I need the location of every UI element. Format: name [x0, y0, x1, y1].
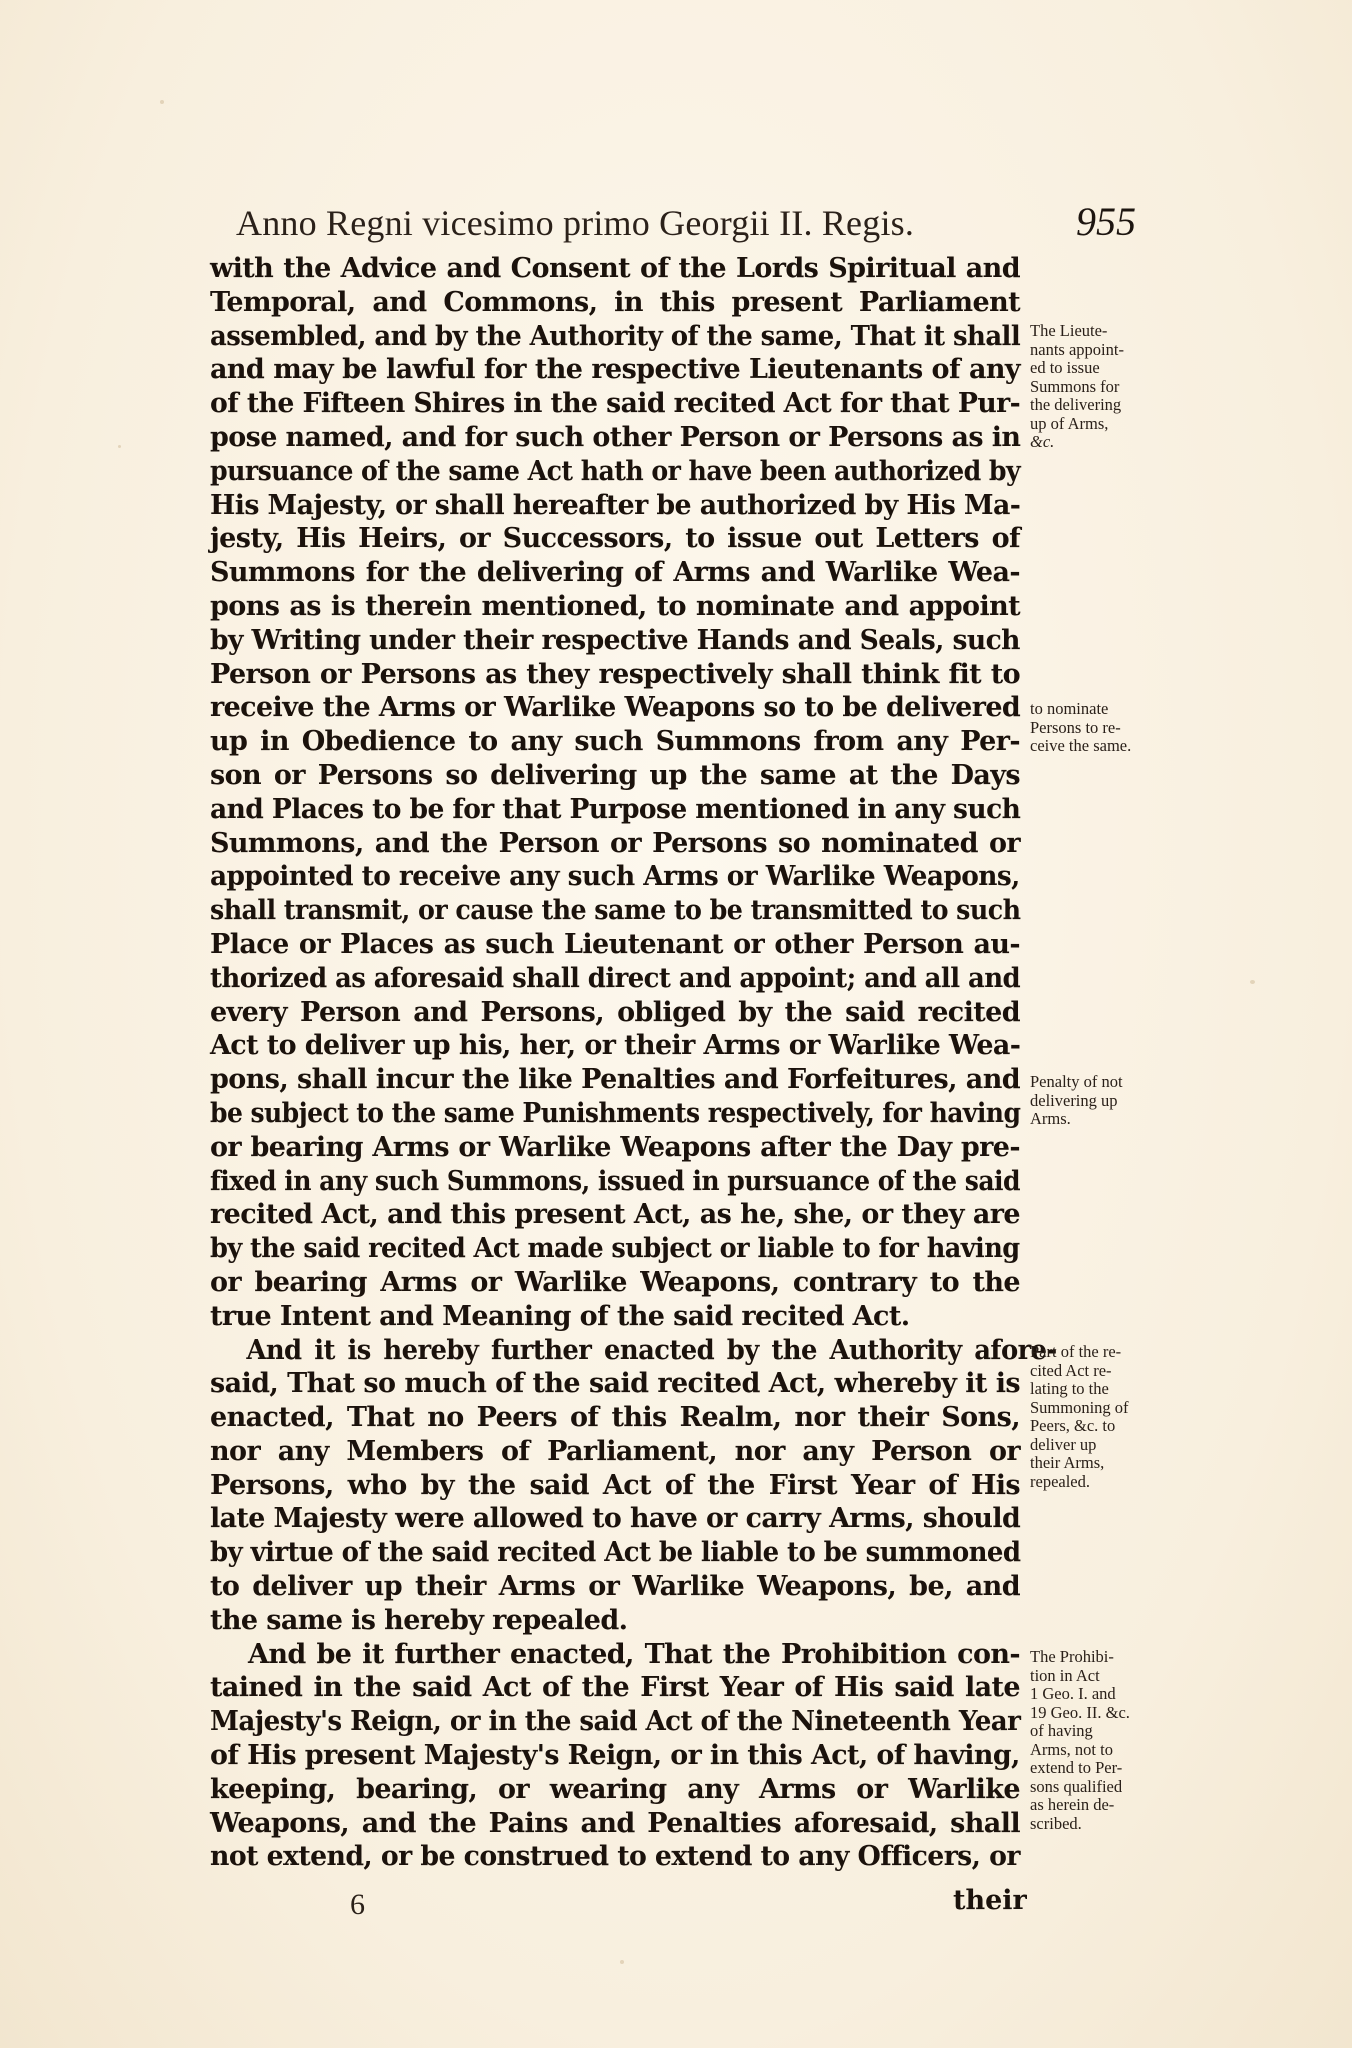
text-line: pose named, and for such other Person or…	[210, 421, 1020, 455]
text-line: Persons, who by the said Act of the Firs…	[210, 1469, 1020, 1503]
text-line: recited Act, and this present Act, as he…	[210, 1198, 1020, 1232]
paper-speck	[1250, 980, 1255, 984]
text-line: jesty, His Heirs, or Successors, to issu…	[210, 522, 1020, 556]
text-line: by Writing under their respective Hands …	[210, 624, 1020, 658]
text-line: be subject to the same Punishments respe…	[210, 1097, 1020, 1131]
text-line: true Intent and Meaning of the said reci…	[210, 1300, 1020, 1334]
text-line: by the said recited Act made subject or …	[210, 1232, 1020, 1266]
document-page: Anno Regni vicesimo primo Georgii II. Re…	[0, 0, 1352, 2048]
text-line: every Person and Persons, obliged by the…	[210, 996, 1020, 1030]
text-line: shall transmit, or cause the same to be …	[210, 894, 1020, 928]
text-line: Person or Persons as they respectively s…	[210, 658, 1020, 692]
text-line: Weapons, and the Pains and Penalties afo…	[210, 1807, 1020, 1841]
text-line: and Places to be for that Purpose mentio…	[210, 793, 1020, 827]
text-line: up in Obedience to any such Summons from…	[210, 725, 1020, 759]
text-line: by virtue of the said recited Act be lia…	[210, 1536, 1020, 1570]
body-text: with the Advice and Consent of the Lords…	[210, 252, 1020, 1874]
running-title: Anno Regni vicesimo primo Georgii II. Re…	[236, 202, 914, 244]
text-line: pursuance of the same Act hath or have b…	[210, 455, 1020, 489]
text-line: enacted, That no Peers of this Realm, no…	[210, 1401, 1020, 1435]
text-line: His Majesty, or shall hereafter be autho…	[210, 489, 1020, 523]
text-line: assembled, and by the Authority of the s…	[210, 320, 1020, 354]
text-line: fixed in any such Summons, issued in pur…	[210, 1165, 1020, 1199]
text-line: tained in the said Act of the First Year…	[210, 1671, 1020, 1705]
text-line: pons, shall incur the like Penalties and…	[210, 1063, 1020, 1097]
margin-note-penalty: Penalty of not delivering up Arms.	[1030, 1073, 1170, 1129]
paper-speck	[160, 100, 164, 104]
running-header: Anno Regni vicesimo primo Georgii II. Re…	[236, 198, 1146, 248]
text-line: Majesty's Reign, or in the said Act of t…	[210, 1705, 1020, 1739]
text-line: Summons, and the Person or Persons so no…	[210, 827, 1020, 861]
text-line: of the Fifteen Shires in the said recite…	[210, 387, 1020, 421]
margin-note-prohibition: The Prohibi- tion in Act 1 Geo. I. and 1…	[1030, 1648, 1170, 1833]
text-line: Summons for the delivering of Arms and W…	[210, 556, 1020, 590]
text-line: son or Persons so delivering up the same…	[210, 759, 1020, 793]
text-line: the same is hereby repealed.	[210, 1604, 1020, 1638]
margin-note-lieutenants: The Lieute- nants appoint- ed to issue S…	[1030, 322, 1170, 452]
text-line: of His present Majesty's Reign, or in th…	[210, 1739, 1020, 1773]
catchword: their	[953, 1885, 1027, 1916]
text-line: not extend, or be construed to extend to…	[210, 1840, 1020, 1874]
paper-speck	[118, 445, 121, 448]
signature-mark: 6	[350, 1888, 365, 1922]
text-line: thorized as aforesaid shall direct and a…	[210, 962, 1020, 996]
text-line: And it is hereby further enacted by the …	[210, 1334, 1057, 1368]
margin-note-repeal: Part of the re- cited Act re- lating to …	[1030, 1343, 1170, 1491]
text-line: with the Advice and Consent of the Lords…	[210, 252, 1020, 286]
paper-speck	[620, 1960, 624, 1964]
text-line: said, That so much of the said recited A…	[210, 1367, 1020, 1401]
text-line: pons as is therein mentioned, to nominat…	[210, 590, 1020, 624]
text-line: or bearing Arms or Warlike Weapons after…	[210, 1131, 1020, 1165]
text-line: and may be lawful for the respective Lie…	[210, 353, 1020, 387]
text-line: Temporal, and Commons, in this present P…	[210, 286, 1020, 320]
text-line: Place or Places as such Lieutenant or ot…	[210, 928, 1020, 962]
text-line: receive the Arms or Warlike Weapons so t…	[210, 691, 1020, 725]
text-line: Act to deliver up his, her, or their Arm…	[210, 1029, 1020, 1063]
text-line: to deliver up their Arms or Warlike Weap…	[210, 1570, 1020, 1604]
margin-note-nominate: to nominate Persons to re- ceive the sam…	[1030, 700, 1170, 756]
text-line: nor any Members of Parliament, nor any P…	[210, 1435, 1020, 1469]
text-line: late Majesty were allowed to have or car…	[210, 1502, 1020, 1536]
page-number: 955	[1076, 198, 1136, 245]
text-line: or bearing Arms or Warlike Weapons, cont…	[210, 1266, 1020, 1300]
text-line: keeping, bearing, or wearing any Arms or…	[210, 1773, 1020, 1807]
text-line: And be it further enacted, That the Proh…	[210, 1638, 1020, 1672]
text-line: appointed to receive any such Arms or Wa…	[210, 860, 1020, 894]
